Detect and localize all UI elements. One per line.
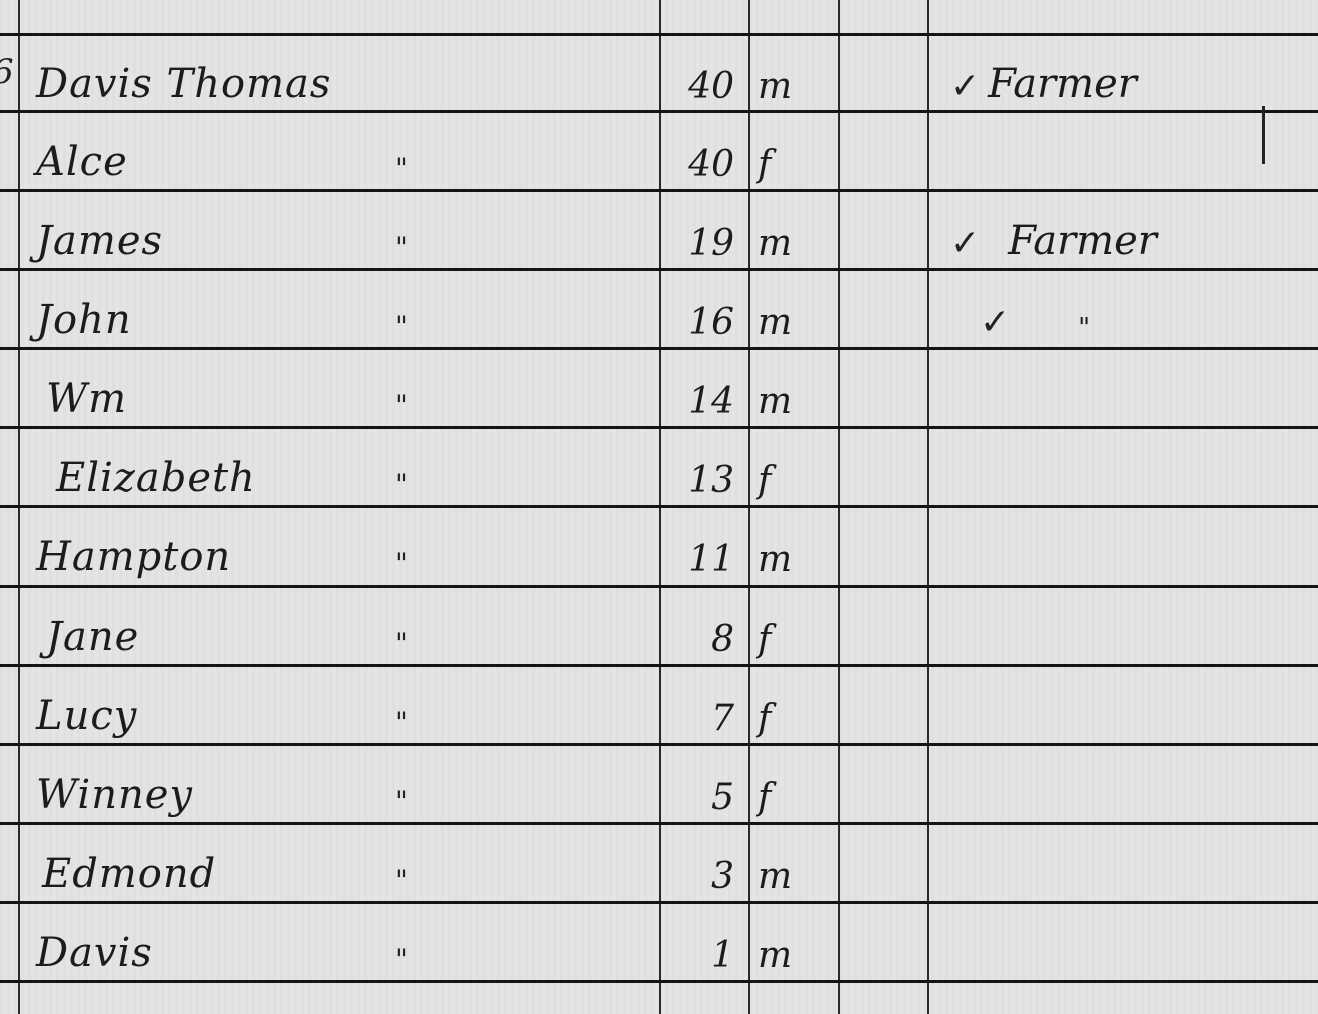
person-age: 13 <box>668 428 740 507</box>
table-row: Jane " 8 f <box>0 587 1318 666</box>
person-occupation: ✓ " <box>950 270 1310 349</box>
person-name: Alce <box>36 112 376 191</box>
person-age: 3 <box>668 824 740 903</box>
person-occupation: ✓ Farmer <box>950 191 1310 270</box>
occupation-text: Farmer <box>988 61 1137 107</box>
person-name: Davis <box>36 903 376 982</box>
person-age: 7 <box>668 666 740 745</box>
table-row: Alce " 40 f <box>0 112 1318 191</box>
ditto-mark: " <box>395 903 435 982</box>
person-sex: f <box>758 666 836 745</box>
person-occupation <box>950 587 1310 666</box>
person-sex: f <box>758 112 836 191</box>
person-name: Edmond <box>36 824 376 903</box>
person-occupation <box>950 507 1310 586</box>
person-name: Wm <box>36 349 376 428</box>
ditto-mark: " <box>395 587 435 666</box>
person-age: 19 <box>668 191 740 270</box>
person-sex: m <box>758 270 836 349</box>
person-name: Elizabeth <box>36 428 376 507</box>
table-row: Winney " 5 f <box>0 745 1318 824</box>
ditto-mark: " <box>395 112 435 191</box>
ditto-mark: " <box>395 824 435 903</box>
checkmark-icon: ✓ <box>980 302 1010 343</box>
person-age: 1 <box>668 903 740 982</box>
table-row: Davis Thomas 40 m ✓ Farmer <box>0 34 1318 113</box>
ditto-mark <box>395 34 435 113</box>
ditto-mark: " <box>395 270 435 349</box>
ditto-mark: " <box>395 666 435 745</box>
person-sex: m <box>758 507 836 586</box>
person-age: 8 <box>668 587 740 666</box>
person-sex: m <box>758 34 836 113</box>
person-age: 16 <box>668 270 740 349</box>
ditto-mark: " <box>395 428 435 507</box>
person-occupation <box>950 666 1310 745</box>
census-page: 6 Davis Thomas 40 m ✓ Farmer Alce " 40 f… <box>0 0 1318 1014</box>
person-age: 5 <box>668 745 740 824</box>
ditto-mark: " <box>395 745 435 824</box>
person-name: James <box>36 191 376 270</box>
person-age: 11 <box>668 507 740 586</box>
person-occupation: ✓ Farmer <box>950 34 1310 113</box>
ditto-mark: " <box>395 349 435 428</box>
ditto-mark: " <box>395 507 435 586</box>
person-age: 40 <box>668 34 740 113</box>
person-name: Winney <box>36 745 376 824</box>
person-occupation <box>950 349 1310 428</box>
table-row: Wm " 14 m <box>0 349 1318 428</box>
table-row: John " 16 m ✓ " <box>0 270 1318 349</box>
person-age: 40 <box>668 112 740 191</box>
person-sex: m <box>758 903 836 982</box>
person-name: Davis Thomas <box>36 34 376 113</box>
person-name: Hampton <box>36 507 376 586</box>
table-row: Davis " 1 m <box>0 903 1318 982</box>
person-sex: f <box>758 428 836 507</box>
person-occupation <box>950 903 1310 982</box>
person-sex: m <box>758 824 836 903</box>
person-sex: m <box>758 191 836 270</box>
table-row: James " 19 m ✓ Farmer <box>0 191 1318 270</box>
person-occupation <box>950 824 1310 903</box>
person-occupation <box>950 428 1310 507</box>
person-name: John <box>36 270 376 349</box>
occupation-text: " <box>1078 313 1090 343</box>
checkmark-icon: ✓ <box>950 223 980 264</box>
person-name: Lucy <box>36 666 376 745</box>
person-name: Jane <box>36 587 376 666</box>
occupation-text: Farmer <box>1008 218 1157 264</box>
table-row: Elizabeth " 13 f <box>0 428 1318 507</box>
ditto-mark: " <box>395 191 435 270</box>
table-row: Edmond " 3 m <box>0 824 1318 903</box>
checkmark-icon: ✓ <box>950 66 980 107</box>
table-row: Hampton " 11 m <box>0 507 1318 586</box>
person-occupation <box>950 745 1310 824</box>
person-occupation <box>950 112 1310 191</box>
person-sex: f <box>758 587 836 666</box>
person-age: 14 <box>668 349 740 428</box>
person-sex: f <box>758 745 836 824</box>
table-row: Lucy " 7 f <box>0 666 1318 745</box>
person-sex: m <box>758 349 836 428</box>
